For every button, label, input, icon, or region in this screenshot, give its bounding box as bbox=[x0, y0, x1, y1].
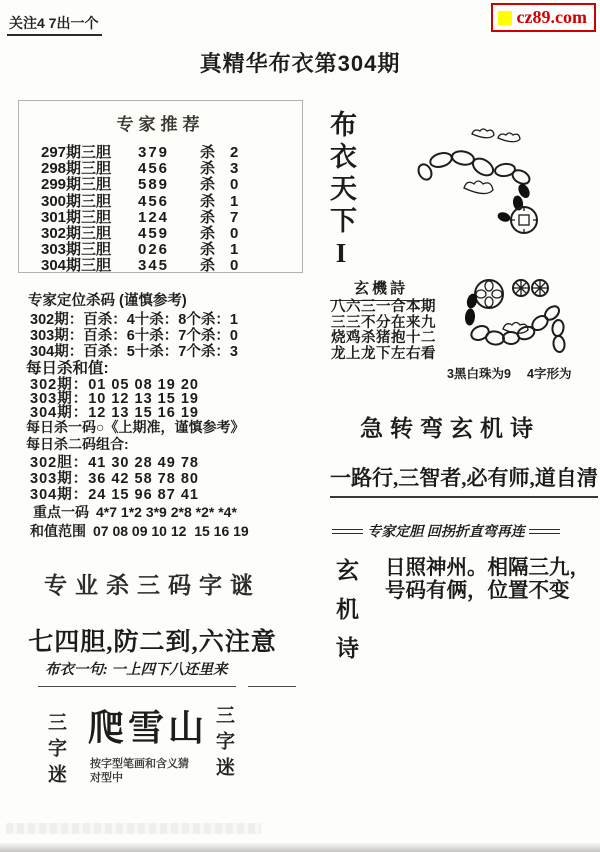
table-row: 301期三胆 124 杀 7 bbox=[41, 206, 246, 222]
buyi-tianxia-title: 布衣天下I bbox=[322, 110, 361, 273]
daily-kill-two-row: 304期：24 15 96 87 41 bbox=[30, 483, 199, 504]
poem-line: 三三不分在来九 bbox=[331, 316, 436, 332]
row-num: 345 bbox=[138, 257, 188, 274]
poem-line: 龙上龙下左右看 bbox=[331, 347, 436, 363]
row-kill-value: 2 bbox=[230, 144, 246, 161]
three-char-answer: 爬雪山 bbox=[88, 700, 208, 751]
row-kill-value: 7 bbox=[230, 209, 246, 226]
row-num: 026 bbox=[138, 241, 188, 258]
xuanji-vertical-title: 玄机诗 bbox=[330, 558, 363, 675]
poem-line: 日照神州。相隔三九， bbox=[385, 556, 590, 579]
coins-ingots-doodle bbox=[412, 128, 557, 240]
row-kill-value: 0 bbox=[230, 257, 246, 274]
three-char-hint: 按字型笔画和含义猜 对型中 bbox=[90, 757, 230, 785]
xuanji-bottom-poem: 日照神州。相隔三九， 号码有俩，位置不变 bbox=[385, 556, 590, 602]
row-kill-value: 1 bbox=[230, 241, 246, 258]
page-title: 真精华布衣第304期 bbox=[0, 47, 600, 78]
row-num: 589 bbox=[138, 176, 188, 193]
double-line-left bbox=[332, 529, 363, 534]
table-row: 300期三胆 456 杀 1 bbox=[41, 190, 246, 206]
row-kill-value: 3 bbox=[230, 160, 246, 177]
row-period: 304期三胆 bbox=[41, 254, 138, 275]
three-char-hint-line1: 按字型笔画和含义猜 bbox=[90, 757, 230, 771]
expert-recommend-rows: 297期三胆 379 杀 2 298期三胆 456 杀 3 299期三胆 589… bbox=[41, 141, 246, 271]
xuanji-poem-lines: 八六三一合本期 三三不分在来九 烧鸡杀猪抱十二 龙上龙下左右看 bbox=[331, 300, 436, 362]
key-one-code-line: 重点一码4*7 1*2 3*9 2*8 *2* *4* bbox=[33, 502, 237, 522]
brand-square-icon bbox=[498, 11, 512, 25]
brand-text: cz89.com bbox=[517, 7, 587, 28]
xuanji-poem-title: 玄機詩 bbox=[330, 277, 432, 301]
beads-coins-doodle bbox=[455, 276, 570, 360]
poem-line: 号码有俩，位置不变 bbox=[385, 579, 590, 602]
expert-dan-text: 专家定胆 回拐折直弯再连 bbox=[367, 521, 525, 541]
header-note: 关注4 7出一个 bbox=[7, 13, 102, 36]
row-num: 456 bbox=[138, 193, 188, 210]
row-kill-label: 杀 bbox=[200, 254, 230, 275]
row-kill-value: 0 bbox=[230, 176, 246, 193]
doodle-caption-right: 4字形为 bbox=[527, 364, 571, 382]
poem-line: 八六三一合本期 bbox=[331, 300, 436, 316]
riddle-title: 专业杀三码字谜 bbox=[20, 567, 285, 600]
row-num: 379 bbox=[138, 144, 188, 161]
expert-recommend-title: 专家推荐 bbox=[19, 110, 302, 135]
position-kill-title: 专家定位杀码 (谨慎参考) bbox=[28, 289, 187, 310]
row-num: 124 bbox=[138, 209, 188, 226]
sum-range-label: 和值范围 bbox=[30, 523, 86, 539]
key-one-code-label: 重点一码 bbox=[33, 504, 89, 520]
divider-line bbox=[248, 686, 296, 687]
riddle-buyi-line: 布衣一句: 一上四下八还里来 bbox=[45, 658, 227, 679]
table-row: 299期三胆 589 杀 0 bbox=[41, 173, 246, 189]
row-kill-value: 1 bbox=[230, 193, 246, 210]
three-char-side-right: 三字迷 bbox=[210, 705, 237, 783]
expert-recommend-box: 专家推荐 297期三胆 379 杀 2 298期三胆 456 杀 3 299期三… bbox=[18, 100, 303, 273]
table-row: 298期三胆 456 杀 3 bbox=[41, 157, 246, 173]
three-char-side-left: 三字迷 bbox=[42, 712, 69, 790]
row-num: 459 bbox=[138, 225, 188, 242]
sharp-turn-line: 一路行,三智者,必有师,道自清 bbox=[330, 462, 598, 498]
table-row: 297期三胆 379 杀 2 bbox=[41, 141, 246, 157]
divider-line bbox=[38, 686, 236, 687]
faint-watermark-line bbox=[6, 823, 261, 834]
table-row: 304期三胆 345 杀 0 bbox=[41, 254, 246, 270]
three-char-hint-line2: 对型中 bbox=[90, 771, 230, 785]
row-num: 456 bbox=[138, 160, 188, 177]
riddle-line: 七四胆,防二到,六注意 bbox=[20, 622, 285, 658]
row-kill-value: 0 bbox=[230, 225, 246, 242]
sum-range-values: 07 08 09 10 12 15 16 19 bbox=[93, 523, 249, 539]
page-bottom-shadow bbox=[0, 842, 600, 852]
sum-range-line: 和值范围07 08 09 10 12 15 16 19 bbox=[30, 521, 249, 541]
table-row: 302期三胆 459 杀 0 bbox=[41, 222, 246, 238]
site-brand-link[interactable]: cz89.com bbox=[491, 3, 596, 32]
key-one-code-values: 4*7 1*2 3*9 2*8 *2* *4* bbox=[96, 504, 237, 520]
poem-line: 烧鸡杀猪抱十二 bbox=[331, 331, 436, 347]
expert-dan-subtitle: 专家定胆 回拐折直弯再连 bbox=[332, 521, 560, 541]
sharp-turn-title: 急转弯玄机诗 bbox=[305, 410, 595, 443]
doodle-caption-left: 3黑白珠为9 bbox=[447, 364, 511, 382]
table-row: 303期三胆 026 杀 1 bbox=[41, 238, 246, 254]
double-line-right bbox=[529, 529, 560, 534]
lottery-tip-sheet: 关注4 7出一个 cz89.com 真精华布衣第304期 专家推荐 297期三胆… bbox=[0, 0, 600, 852]
